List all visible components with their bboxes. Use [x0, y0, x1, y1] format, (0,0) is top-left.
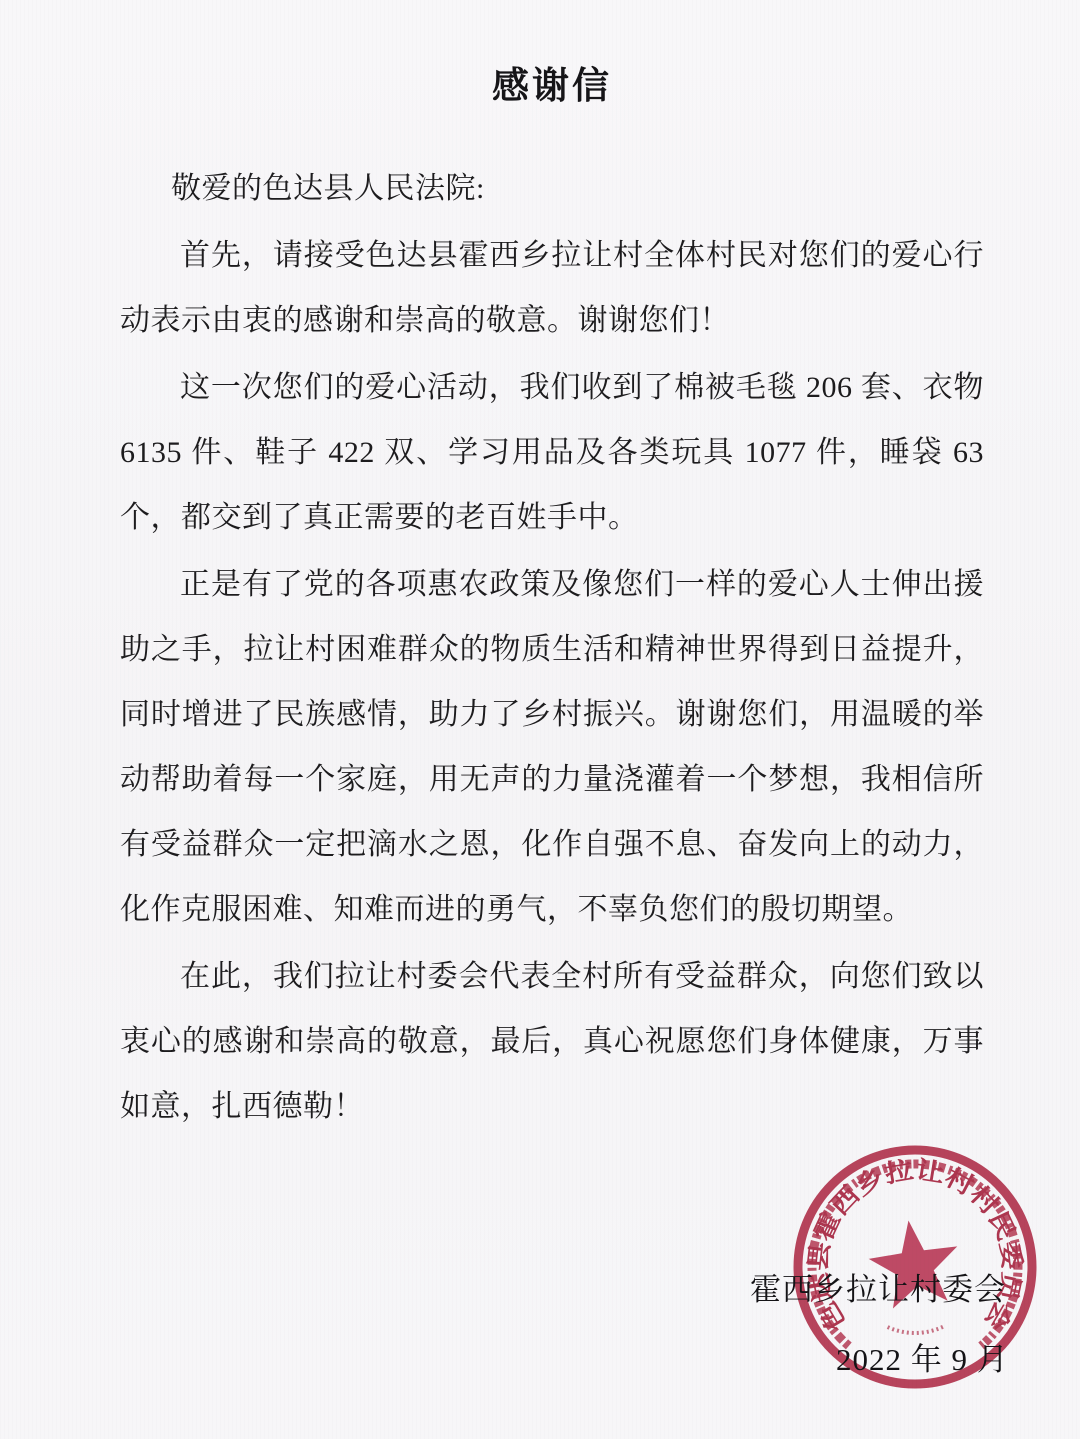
date-line: 2022 年 9 月 [836, 1334, 1009, 1379]
scanned-letter-page: 感谢信 敬爱的色达县人民法院: 首先，请接受色达县霍西乡拉让村全体村民对您们的爱… [0, 0, 1080, 1439]
letter-body: 感谢信 敬爱的色达县人民法院: 首先，请接受色达县霍西乡拉让村全体村民对您们的爱… [120, 0, 984, 1139]
stamp-serial-marks [887, 1327, 943, 1333]
letter-paragraph-3: 正是有了党的各项惠农政策及像您们一样的爱心人士伸出援助之手，拉让村困难群众的物质… [120, 552, 984, 942]
letter-title: 感谢信 [120, 64, 984, 110]
signature-line: 霍西乡拉让村委会 [750, 1264, 1006, 1309]
letter-paragraph-4: 在此，我们拉让村委会代表全村所有受益群众，向您们致以衷心的感谢和崇高的敬意，最后… [120, 944, 984, 1139]
letter-paragraph-1: 首先，请接受色达县霍西乡拉让村全体村民对您们的爱心行动表示由衷的感谢和崇高的敬意… [120, 223, 984, 353]
letter-salutation: 敬爱的色达县人民法院: [120, 156, 984, 221]
letter-paragraph-2: 这一次您们的爱心活动，我们收到了棉被毛毯 206 套、衣物 6135 件、鞋子 … [120, 355, 984, 550]
